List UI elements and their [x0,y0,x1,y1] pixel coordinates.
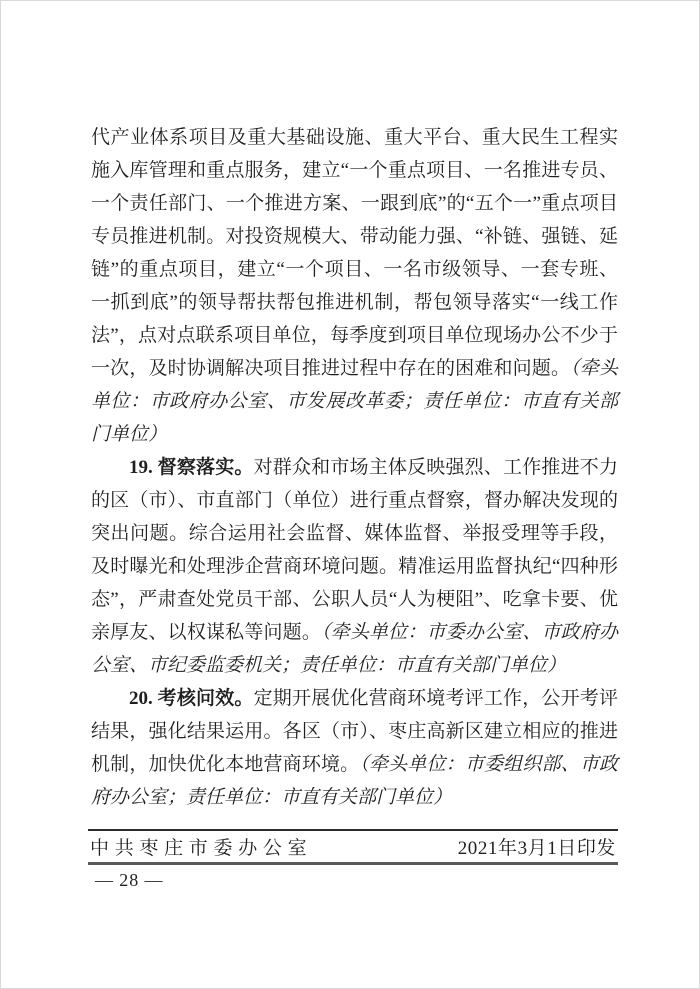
print-date: 2021年3月1日印发 [458,833,616,860]
paragraph-segment-bold: 20. 考核问效。 [129,688,254,709]
document-page: 代产业体系项目及重大基础设施、重大平台、重大民生工程实施入库管理和重点服务，建立… [0,0,700,989]
colophon-bottom-rule [88,862,618,865]
paragraph-segment-normal: 对群众和市场主体反映强烈、工作推进不力的区（市）、市直部门（单位）进行重点督察，… [91,457,618,643]
paragraph-segment-normal: 代产业体系项目及重大基础设施、重大平台、重大民生工程实施入库管理和重点服务，建立… [91,127,618,379]
colophon: 中共枣庄市委办公室 2021年3月1日印发 [88,829,618,865]
paragraph-segment-bold: 19. 督察落实。 [129,457,254,478]
body-paragraph: 代产业体系项目及重大基础设施、重大平台、重大民生工程实施入库管理和重点服务，建立… [91,121,618,451]
body-paragraph: 20. 考核问效。定期开展优化营商环境考评工作，公开考评结果，强化结果运用。各区… [91,682,618,814]
document-body: 代产业体系项目及重大基础设施、重大平台、重大民生工程实施入库管理和重点服务，建立… [91,121,618,814]
colophon-row: 中共枣庄市委办公室 2021年3月1日印发 [88,831,618,862]
page-number: — 28 — [95,870,163,891]
body-paragraph: 19. 督察落实。对群众和市场主体反映强烈、工作推进不力的区（市）、市直部门（单… [91,451,618,682]
issuer-name: 中共枣庄市委办公室 [90,833,312,860]
